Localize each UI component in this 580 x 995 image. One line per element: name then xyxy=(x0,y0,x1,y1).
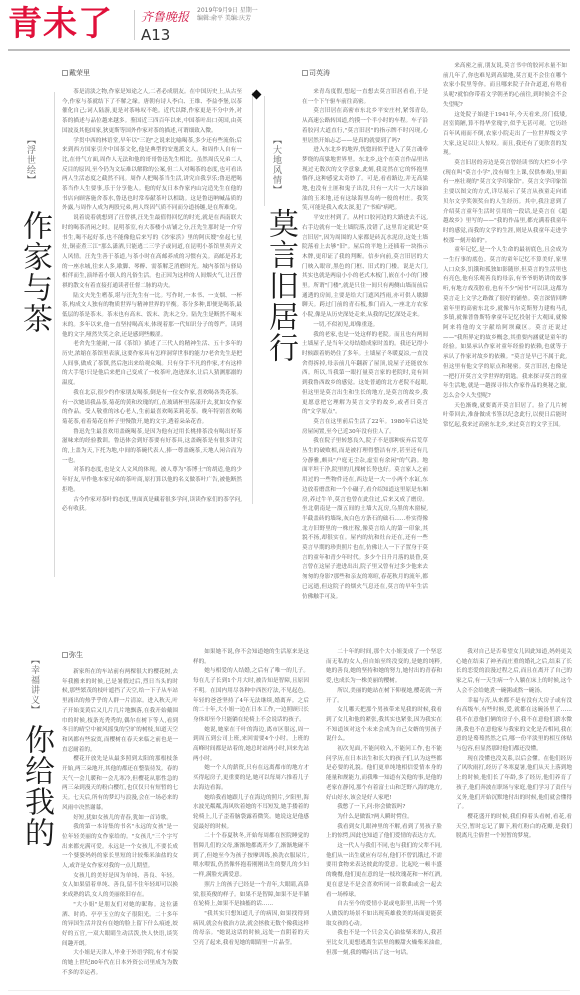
paragraph: 她与相爱的人结婚,之后有了唯一的儿子。每在儿子长到1个月大时,被告知是智障,且原… xyxy=(193,667,309,725)
byline-box-icon xyxy=(62,652,68,658)
paragraph: 她说,她家在千叶的海边,离市区很远,周一到周五到公司上班,来回需要4个小时。上班… xyxy=(193,726,309,765)
paragraph: 幸福与否,从来都不是有没有大房子或有没有高级车,有些时候,爱,就都在这碗汤里了…… xyxy=(456,697,572,755)
byline-box-icon xyxy=(302,70,308,76)
paragraph: 为什么是做饭?两人瞬时愕住。 xyxy=(326,813,442,823)
paragraph: 大小姐是天津人,毕业于外语学院,有才有貌的她上世纪80年代在日本外资公司里成为为… xyxy=(62,949,178,978)
paragraph: 说着说着就想到了汪曾祺,汪先生最值得回忆的时光,就是在西南联大时的喝茶消闲之时。… xyxy=(62,214,242,292)
page-number: A13 xyxy=(141,26,170,44)
paragraph: 茶是清淡之物,作家是知途之人,二者必成朋友。在中国历史上,从古至今,作家与茶就结… xyxy=(62,88,242,137)
paragraph: 这一代人与我们不同,也与我们的父辈不同,他们从一出生就应有尽有,他们不曾饥饿过,… xyxy=(326,842,442,900)
paragraph: 进入东北乡的地界,恍惚间似乎进入了莫言魂牵梦绕的高粱地世界里。东北乡,这个在莫言… xyxy=(302,146,428,214)
article-body-col1: 新家所在的车站前有两棵很大的樱花树,去年我搬来的时候,已是暑假过后,烈日当头的时… xyxy=(62,668,178,986)
article-body-col3: 二十年的时间,那个大小姐变成了一个坚忍而无私的女人,但自始至终没变的,是她的纯粹… xyxy=(326,648,442,986)
paragraph: 来青岛度假,想起一直想去莫言旧居看看,于是在一个下午驱车前往高密。 xyxy=(302,88,428,107)
paragraph: 天色渐晚,就要离开莫言旧居了。捡了几片树叶带回去,准备做成书签以纪念此行,以便日… xyxy=(443,402,567,431)
left-rule xyxy=(54,92,55,577)
paragraph: 所以,美丽的她站在树下仰视她,樱花就一齐开了。 xyxy=(326,687,442,706)
diamond-ornament-icon xyxy=(252,90,262,100)
paragraph: 樱花盛开的时候,我们仰着头看树,看花,看天空,暂时忘记了脚下,粉红粉白的花瓣,是… xyxy=(456,813,572,842)
article-body: 茶是清淡之物,作家是知途之人,二者必成朋友。在中国历史上,从古至今,作家与茶就结… xyxy=(62,88,242,610)
paragraph: 现在没懂也没关系,以后会懂。在他们经历了风吹雨打,经历了冬寒夏暑,他们从天上落到… xyxy=(456,755,572,813)
paragraph: 古今作家对茶叶的态度,里面真是藏着很多学问,读读作家们的茶学问,必有收获。 xyxy=(62,496,242,515)
paragraph: 二十年的时间,那个大小姐变成了一个坚忍而无私的女人,但自始至终没变的,是她的纯粹… xyxy=(326,648,442,687)
paragraph: 自古至今的爱情小说或电影里,出现一个男人做饭的场景不如出现英雄救美的场面更能获取… xyxy=(326,900,442,929)
paragraph: 新家所在的车站前有两棵很大的樱花树,去年我搬来的时候,已是暑假过后,烈日当头的时… xyxy=(62,668,178,755)
byline: 弥生 xyxy=(62,650,83,660)
paragraph: 来高密之前,朋友说,莫言书中的胶河水量不如前几年了,你也难见到高粱地,莫言更不会… xyxy=(443,62,567,111)
paragraph: 女孩儿的美好是因为单纯、善良、年轻。女人如果留着单纯、善良,留不住年轻却可以换来… xyxy=(62,872,178,901)
newspaper-logo: 齐鲁晚报 xyxy=(141,8,189,25)
paragraph: 我在院子里转悠良久,院子不是那种废弃后荒草丛生的破败相,而是被打理得整洁有序,甚… xyxy=(302,437,428,602)
paragraph: 平安庄村到了。从村口胶河边的大路进去不远,右手边就有一处土墙院落,没错了,这里肯… xyxy=(302,214,428,321)
paragraph: 初次见面,不能问收入,不能问工作,也不能问学历,在日本出生和长大的孩子们,认为这… xyxy=(326,745,442,803)
paragraph: "大小姐"是朋友们对她的昵称。这位潇洒、时尚、亭亭玉立的女子很阳光。二十多年的异… xyxy=(62,901,178,950)
paragraph: 我看到女儿眼神里的不解,看到了男孩子脸上的惊愕,因此也知道了他们爱情的表达方式。 xyxy=(326,823,442,842)
paragraph: 她给我看她跟儿子在海边的照片,夕阳里,海水波光粼粼,海风吹着她的不耳短发,她手搂… xyxy=(193,794,309,833)
article-body-col2: 如果她不说,你不会知道她的生活原来是这样的。她与相爱的人结婚,之后有了唯一的儿子… xyxy=(193,648,309,986)
article-title: 莫言旧居行 xyxy=(264,208,296,363)
paragraph: 鲁迅先生最喜欢用盖碗喝茶,是因为他有过用长桃排茶没有喝出好茶滋味来的经验教训。鲁… xyxy=(62,428,242,467)
masthead-rule xyxy=(8,49,570,51)
paragraph: 莫言在这里前后生活了22年。1980年后这处房屋闲置,至今已近30年没有住人了。 xyxy=(302,418,428,437)
article-body-col4: 我对自己是否希望女儿因此知道,妈妈更关心她在结束了神圣而庄重的婚礼之后,结束了长… xyxy=(456,648,572,986)
right-rule xyxy=(252,92,253,504)
article-body-col1: 来青岛度假,想起一直想去莫言旧居看看,于是在一个下午驱车前往高密。莫言旧居在高密… xyxy=(302,88,428,608)
column-tag: 【幸福讲义】 xyxy=(28,655,41,715)
masthead-meta: 2019年9月9日 星期一 编辑:俞平 美编:庆芳 xyxy=(197,7,258,23)
paragraph: 我憋了一下,问:你会做饭吗? xyxy=(326,803,442,813)
paragraph: 我的老家,也是一处这样的老院。而且也有两间土墙屋子,是当年父母结婚成家时盖的。我… xyxy=(302,331,428,418)
author-name: 戴荣里 xyxy=(69,69,90,77)
article-title: 作家与茶 xyxy=(18,210,50,334)
article-title: 你给我的 xyxy=(20,724,52,848)
paragraph: 我在北京,很少约作家朋友喝茶,倒是有一位女作家,喜欢喝各类花茶。有一次她请我品茶… xyxy=(62,389,242,428)
paragraph: 我对自己是否希望女儿因此知道,妈妈更关心她在结束了神圣而庄重的婚礼之后,结束了长… xyxy=(456,648,572,697)
byline: 戴荣里 xyxy=(62,68,90,78)
byline: 司英涛 xyxy=(302,68,330,78)
paragraph: 陆文夫先生嗜茶,堪与汪先生有一比。写作时,一本书、一支烟、一杯茶,构成文人独有的… xyxy=(62,292,242,341)
paragraph: 对茶的态度,也是文人文风的体现。被人尊为"茶博士"的胡适,他的少年好友,早作他本… xyxy=(62,466,242,495)
paragraph: 樱花开放先是从最多照到太阳的那根枝条开始,两三朵地开,其他的都还在整装待发。春的… xyxy=(62,755,178,813)
paragraph: 莫言旧居的旁边是莫言曾经读书的大栏乡小学(现在叫"莫言小学",没有师生上课,仅供… xyxy=(443,159,567,246)
paragraph: 我的第一本诗集的书名"永远的女孩"是一位年轻美丽的女作家给的。"女孩儿"三个字写… xyxy=(62,823,178,872)
paragraph: 女儿哪天把那个男孩带来见我的时候,我看到了女儿和他的紧张,我其实也紧张,因为我实… xyxy=(326,706,442,745)
paragraph: 这处院子始建于1941年,今天看来,房门低矮,居室简陋,算不得华堂瑰宇,似乎无甚… xyxy=(443,111,567,160)
paragraph: 我也不是一个只会关心油盐柴米的人,我甚至比女儿更想逃离生活里的酸甜火燥柴米油盐,… xyxy=(326,929,442,958)
paragraph: 童年记忆,是一个人生命的最初底色,且会成为一生行事的底色。莫言的童年记忆不算美好… xyxy=(443,246,567,401)
paragraph: 好短,犹如女孩儿的青春,犹如一首诗歌。 xyxy=(62,814,178,824)
paragraph: 莫言旧居在高密市东北乡平安庄村,紧邻青岛,从高速公路转国道,约摸一个半小时的车程… xyxy=(302,107,428,146)
paragraph: 照片上的孩子已经是一个青年,大眼睛,高鼻梁,很英俊的样子。如果不是智障,如果不是… xyxy=(193,881,309,910)
column-tag: 【大地风情】 xyxy=(270,135,283,195)
side-rule xyxy=(264,96,265,206)
author-name: 弥生 xyxy=(69,651,83,659)
editors-credit: 编辑:俞平 美编:庆芳 xyxy=(197,15,258,23)
issue-date: 2019年9月9日 星期一 xyxy=(197,7,258,15)
paragraph: 学贯中西的林语堂,早年以"三泡"之说来比喻喝茶,多少还有些流俗;后来到西方国家引… xyxy=(62,137,242,215)
page-bottom-rule xyxy=(8,990,570,991)
author-name: 司英涛 xyxy=(309,69,330,77)
paragraph: "我其实只想知道儿子的病因,如果找得到病因,就会有救治方法,就会拯救无数个像我这… xyxy=(193,910,309,949)
paragraph: 二十个春夏秋冬,开始每周都在医院睡觉的智障儿们的父母,渐渐地都离开少了,渐渐地碰… xyxy=(193,832,309,881)
masthead: 青未了 齐鲁晚报 2019年9月9日 星期一 编辑:俞平 美编:庆芳 A13 xyxy=(0,0,580,52)
section-title: 青未了 xyxy=(8,4,113,44)
paragraph: 一切,不似初见,却像重逢。 xyxy=(302,321,428,331)
byline-box-icon xyxy=(62,70,68,76)
paragraph: 如果她不说,你不会知道她的生活原来是这样的。 xyxy=(193,648,309,667)
column-tag: 【浮世绘】 xyxy=(24,135,37,185)
article-body-col2: 来高密之前,朋友说,莫言书中的胶河水量不如前几年了,你也难见到高粱地,莫言更不会… xyxy=(443,62,567,608)
paragraph: 她一个人的薪资,只有在远离都市的地方才买得起房子,更重要的是,她可以每周六推着儿… xyxy=(193,764,309,793)
paragraph: 老舍先生能耐,一部《茶馆》描述了三代人的精神生活、五十多年的历史,浓缩在茶馆里表… xyxy=(62,340,242,389)
masthead-divider xyxy=(134,10,135,40)
